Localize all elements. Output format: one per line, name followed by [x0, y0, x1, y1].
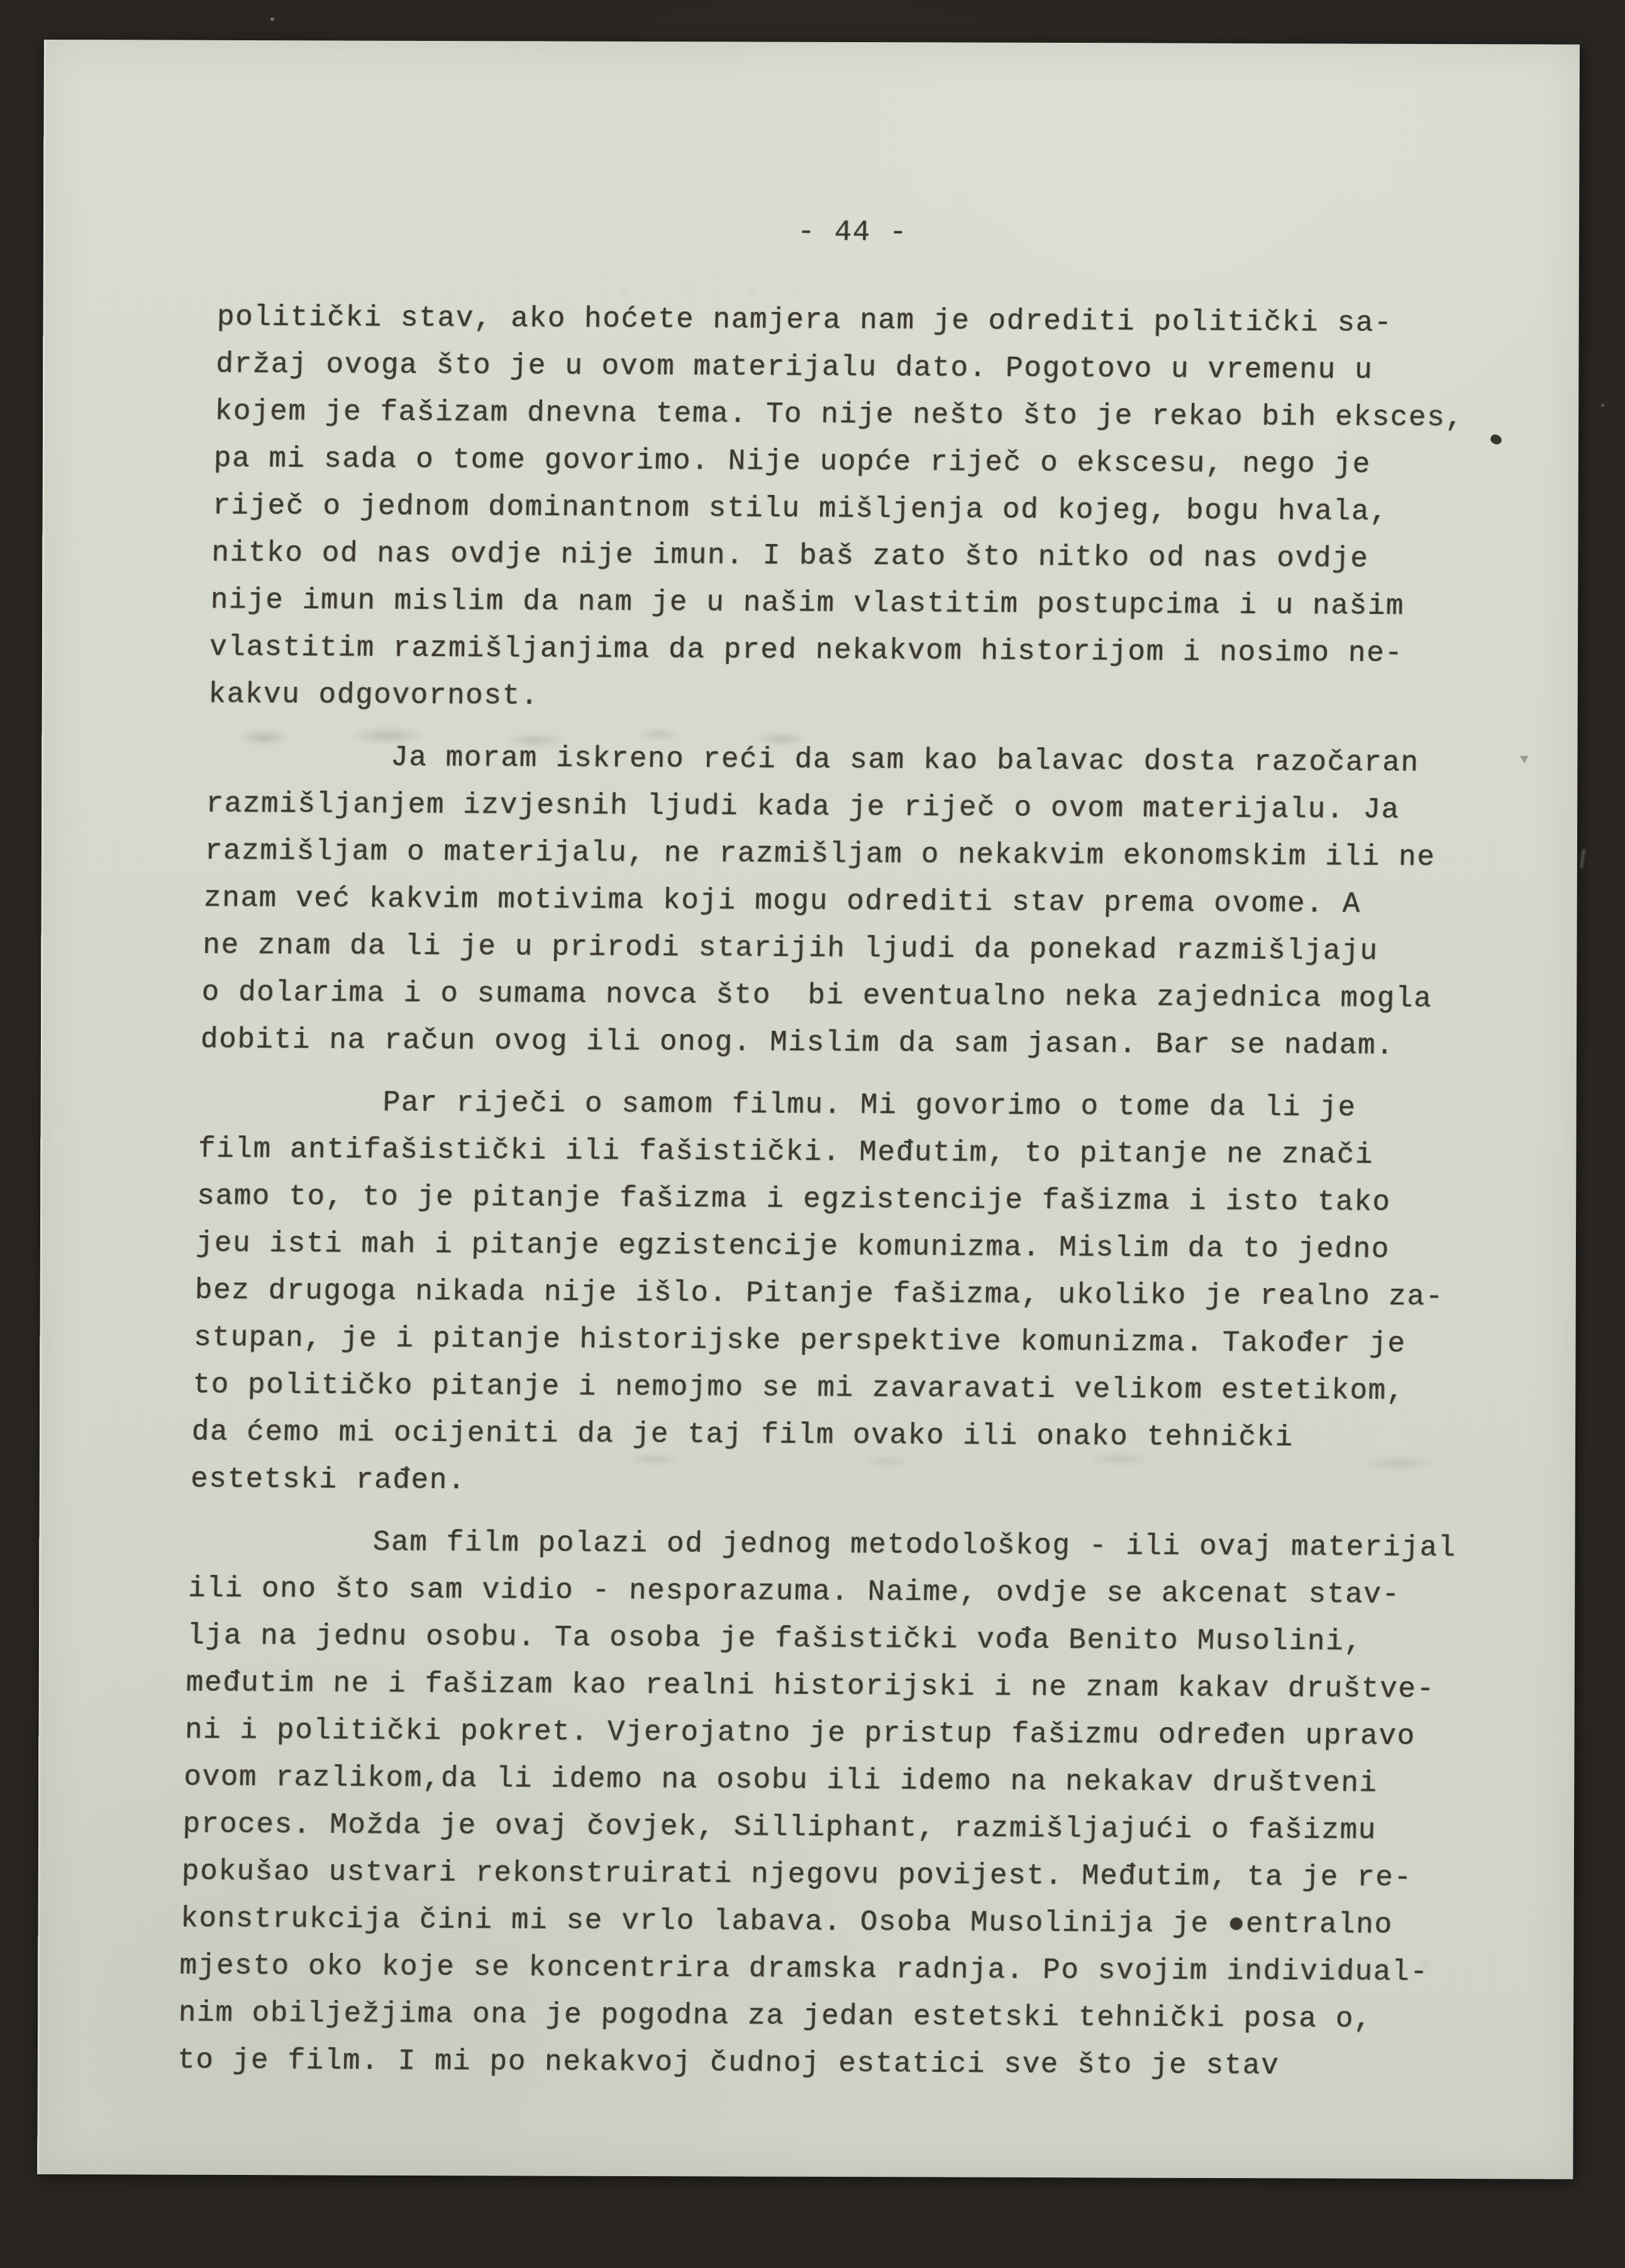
text-line: o dolarima i o sumama novca što bi event… [201, 969, 1536, 1023]
text-line: razmišljanjem izvjesnih ljudi kada je ri… [206, 781, 1540, 835]
text-line: jeu isti mah i pitanje egzistencije komu… [196, 1220, 1530, 1274]
text-line: Ja moram iskreno reći da sam kao balavac… [206, 733, 1541, 787]
typewritten-text: politički stav, ako hoćete namjera nam j… [177, 294, 1551, 2091]
edge-scratch [1580, 849, 1585, 868]
text-line: lja na jednu osobu. Ta osoba je fašistič… [187, 1613, 1521, 1667]
text-line: proces. Možda je ovaj čovjek, Silliphant… [182, 1801, 1517, 1855]
text-line: kojem je fašizam dnevna tema. To nije ne… [214, 388, 1549, 442]
text-line: držaj ovoga što je u ovom materijalu dat… [215, 341, 1550, 395]
text-line: film antifašistički ili fašistički. Među… [197, 1126, 1532, 1180]
text-line: da ćemo mi ocijeniti da je taj film ovak… [191, 1409, 1526, 1463]
text-line: ni i politički pokret. Vjerojatno je pri… [184, 1707, 1519, 1761]
text-line: ili ono što sam vidio - nesporazuma. Nai… [187, 1565, 1522, 1620]
text-line: bez drugoga nikada nije išlo. Pitanje fa… [194, 1267, 1529, 1321]
text-line: kakvu odgovornost. [208, 671, 1543, 725]
text-line: ovom razlikom,da li idemo na osobu ili i… [183, 1754, 1517, 1808]
text-line: Par riječi o samom filmu. Mi govorimo o … [199, 1079, 1533, 1133]
text-line: politički stav, ako hoćete namjera nam j… [216, 294, 1551, 348]
paragraph: Par riječi o samom filmu. Mi govorimo o … [190, 1079, 1533, 1510]
text-line: razmišljam o materijalu, ne razmišljam o… [204, 828, 1539, 882]
text-line: to je film. I mi po nekakvoj čudnoj esta… [177, 2037, 1511, 2091]
text-line: to političko pitanje i nemojmo se mi zav… [192, 1362, 1527, 1416]
text-line: estetski rađen. [190, 1456, 1524, 1510]
paragraph: Ja moram iskreno reći da sam kao balavac… [200, 733, 1541, 1070]
paragraph: Sam film polazi od jednog metodološkog -… [177, 1518, 1522, 2091]
text-line: vlastitim razmišljanjima da pred nekakvo… [209, 624, 1543, 678]
text-line: nitko od nas ovdje nije imun. I baš zato… [211, 530, 1546, 584]
text-line: nije imun mislim da nam je u našim vlast… [210, 577, 1545, 631]
text-line: riječ o jednom dominantnom stilu mišljen… [212, 482, 1546, 536]
dust-speck [1601, 404, 1604, 407]
text-line: konstrukcija čini mi se vrlo labava. Oso… [180, 1896, 1514, 1950]
text-line: dobiti na račun ovog ili onog. Mislim da… [200, 1016, 1534, 1070]
text-line: Sam film polazi od jednog metodološkog -… [189, 1518, 1523, 1572]
text-line: stupan, je i pitanje historijske perspek… [193, 1315, 1528, 1369]
page-number: - 44 - [797, 209, 908, 257]
typewriter-text-layer: - 44 - politički stav, ako hoćete namjer… [0, 40, 1580, 2182]
dust-speck [270, 18, 274, 21]
text-line: samo to, to je pitanje fašizma i egziste… [196, 1173, 1531, 1227]
text-line: međutim ne i fašizam kao realni historij… [186, 1660, 1520, 1714]
text-line: mjesto oko koje se koncentrira dramska r… [179, 1943, 1514, 1997]
text-line: znam već kakvim motivima koji mogu odred… [203, 875, 1538, 929]
text-line: pa mi sada o tome govorimo. Nije uopće r… [213, 435, 1548, 489]
text-line: ne znam da li je u prirodi starijih ljud… [202, 922, 1536, 976]
paragraph: politički stav, ako hoćete namjera nam j… [208, 294, 1551, 725]
scanned-typewritten-page: - 44 - politički stav, ako hoćete namjer… [37, 40, 1580, 2179]
text-line: pokušao ustvari rekonstruirati njegovu p… [181, 1848, 1516, 1903]
text-line: nim obilježjima ona je pogodna za jedan … [178, 1990, 1512, 2044]
